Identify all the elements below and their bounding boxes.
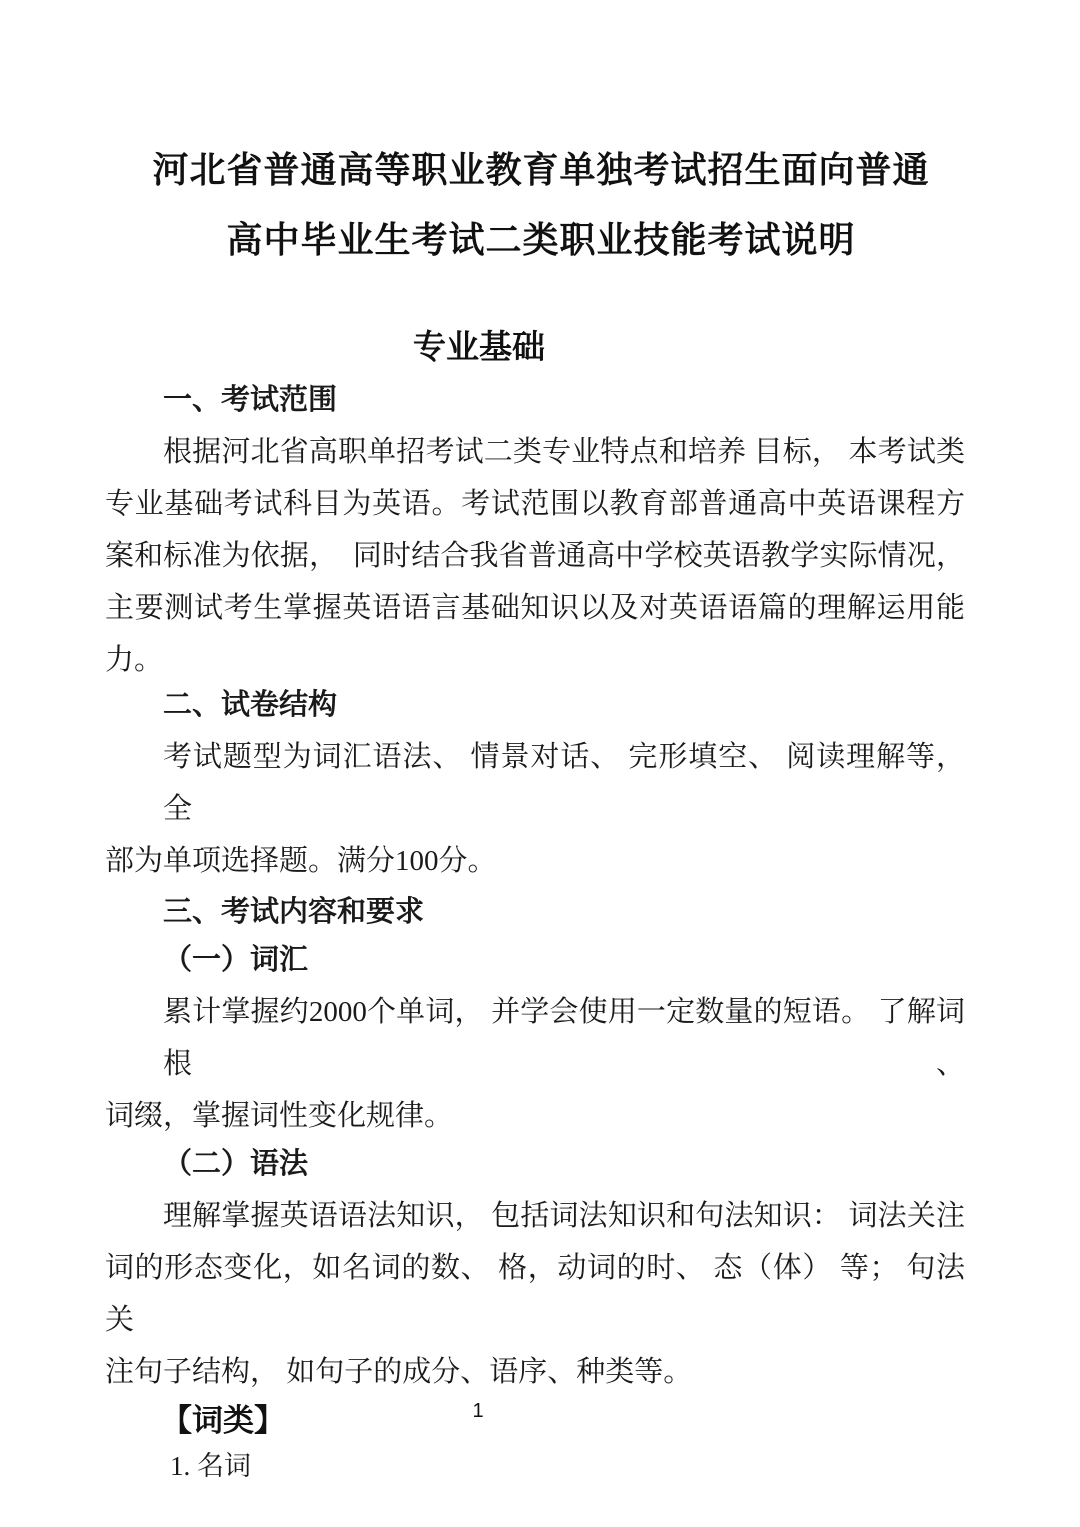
- page-number: 1: [462, 1400, 494, 1423]
- document-content: 河北省普通高等职业教育单独考试招生面向普通 高中毕业生考试二类职业技能考试说明 …: [105, 0, 965, 1492]
- subject-heading: 专业基础: [49, 321, 909, 373]
- subsection-1-paragraph: 累计掌握约2000个单词， 并学会使用一定数量的短语。 了解词根、 词缀，掌握词…: [105, 986, 965, 1142]
- subsection-2-paragraph: 理解掌握英语语法知识， 包括词法知识和句法知识： 词法关注 词的形态变化，如名词…: [105, 1190, 965, 1398]
- section-1-line: 主要测试考生掌握英语语言基础知识以及对英语语篇的理解运用能: [105, 582, 965, 634]
- section-2-heading: 二、试卷结构: [105, 679, 965, 731]
- subsection-2-line: 理解掌握英语语法知识， 包括词法知识和句法知识： 词法关注: [105, 1190, 965, 1242]
- doc-title: 河北省普通高等职业教育单独考试招生面向普通 高中毕业生考试二类职业技能考试说明: [111, 0, 971, 275]
- section-1-line: 专业基础考试科目为英语。考试范围以教育部普通高中英语课程方: [105, 478, 965, 530]
- subsection-2-line: 词的形态变化，如名词的数、 格，动词的时、 态（体） 等； 句法关: [105, 1242, 965, 1346]
- subsection-1-line: 词缀，掌握词性变化规律。: [105, 1090, 965, 1142]
- section-3-heading: 三、考试内容和要求: [105, 886, 965, 938]
- subsection-2-heading: （二）语法: [105, 1138, 965, 1190]
- subsection-2-line: 注句子结构， 如句子的成分、语序、种类等。: [105, 1346, 965, 1398]
- section-2-paragraph: 考试题型为词汇语法、 情景对话、 完形填空、 阅读理解等， 全 部为单项选择题。…: [105, 731, 965, 887]
- subsection-1-line: 累计掌握约2000个单词， 并学会使用一定数量的短语。 了解词根、: [105, 986, 965, 1090]
- subsection-1-heading: （一）词汇: [105, 934, 965, 986]
- doc-title-line-2: 高中毕业生考试二类职业技能考试说明: [111, 205, 971, 275]
- section-1-heading: 一、考试范围: [105, 374, 965, 426]
- document-page: 河北省普通高等职业教育单独考试招生面向普通 高中毕业生考试二类职业技能考试说明 …: [0, 0, 1080, 1527]
- doc-title-line-1: 河北省普通高等职业教育单独考试招生面向普通: [111, 135, 971, 205]
- section-1-line: 案和标准为依据， 同时结合我省普通高中学校英语教学实际情况，: [105, 530, 965, 582]
- section-1-line: 根据河北省高职单招考试二类专业特点和培养 目标， 本考试类: [105, 426, 965, 478]
- section-2-line: 考试题型为词汇语法、 情景对话、 完形填空、 阅读理解等， 全: [105, 731, 965, 835]
- section-1-paragraph: 根据河北省高职单招考试二类专业特点和培养 目标， 本考试类 专业基础考试科目为英…: [105, 426, 965, 686]
- list-item-noun: 1. 名词: [105, 1440, 965, 1492]
- section-2-line: 部为单项选择题。满分100分。: [105, 835, 965, 887]
